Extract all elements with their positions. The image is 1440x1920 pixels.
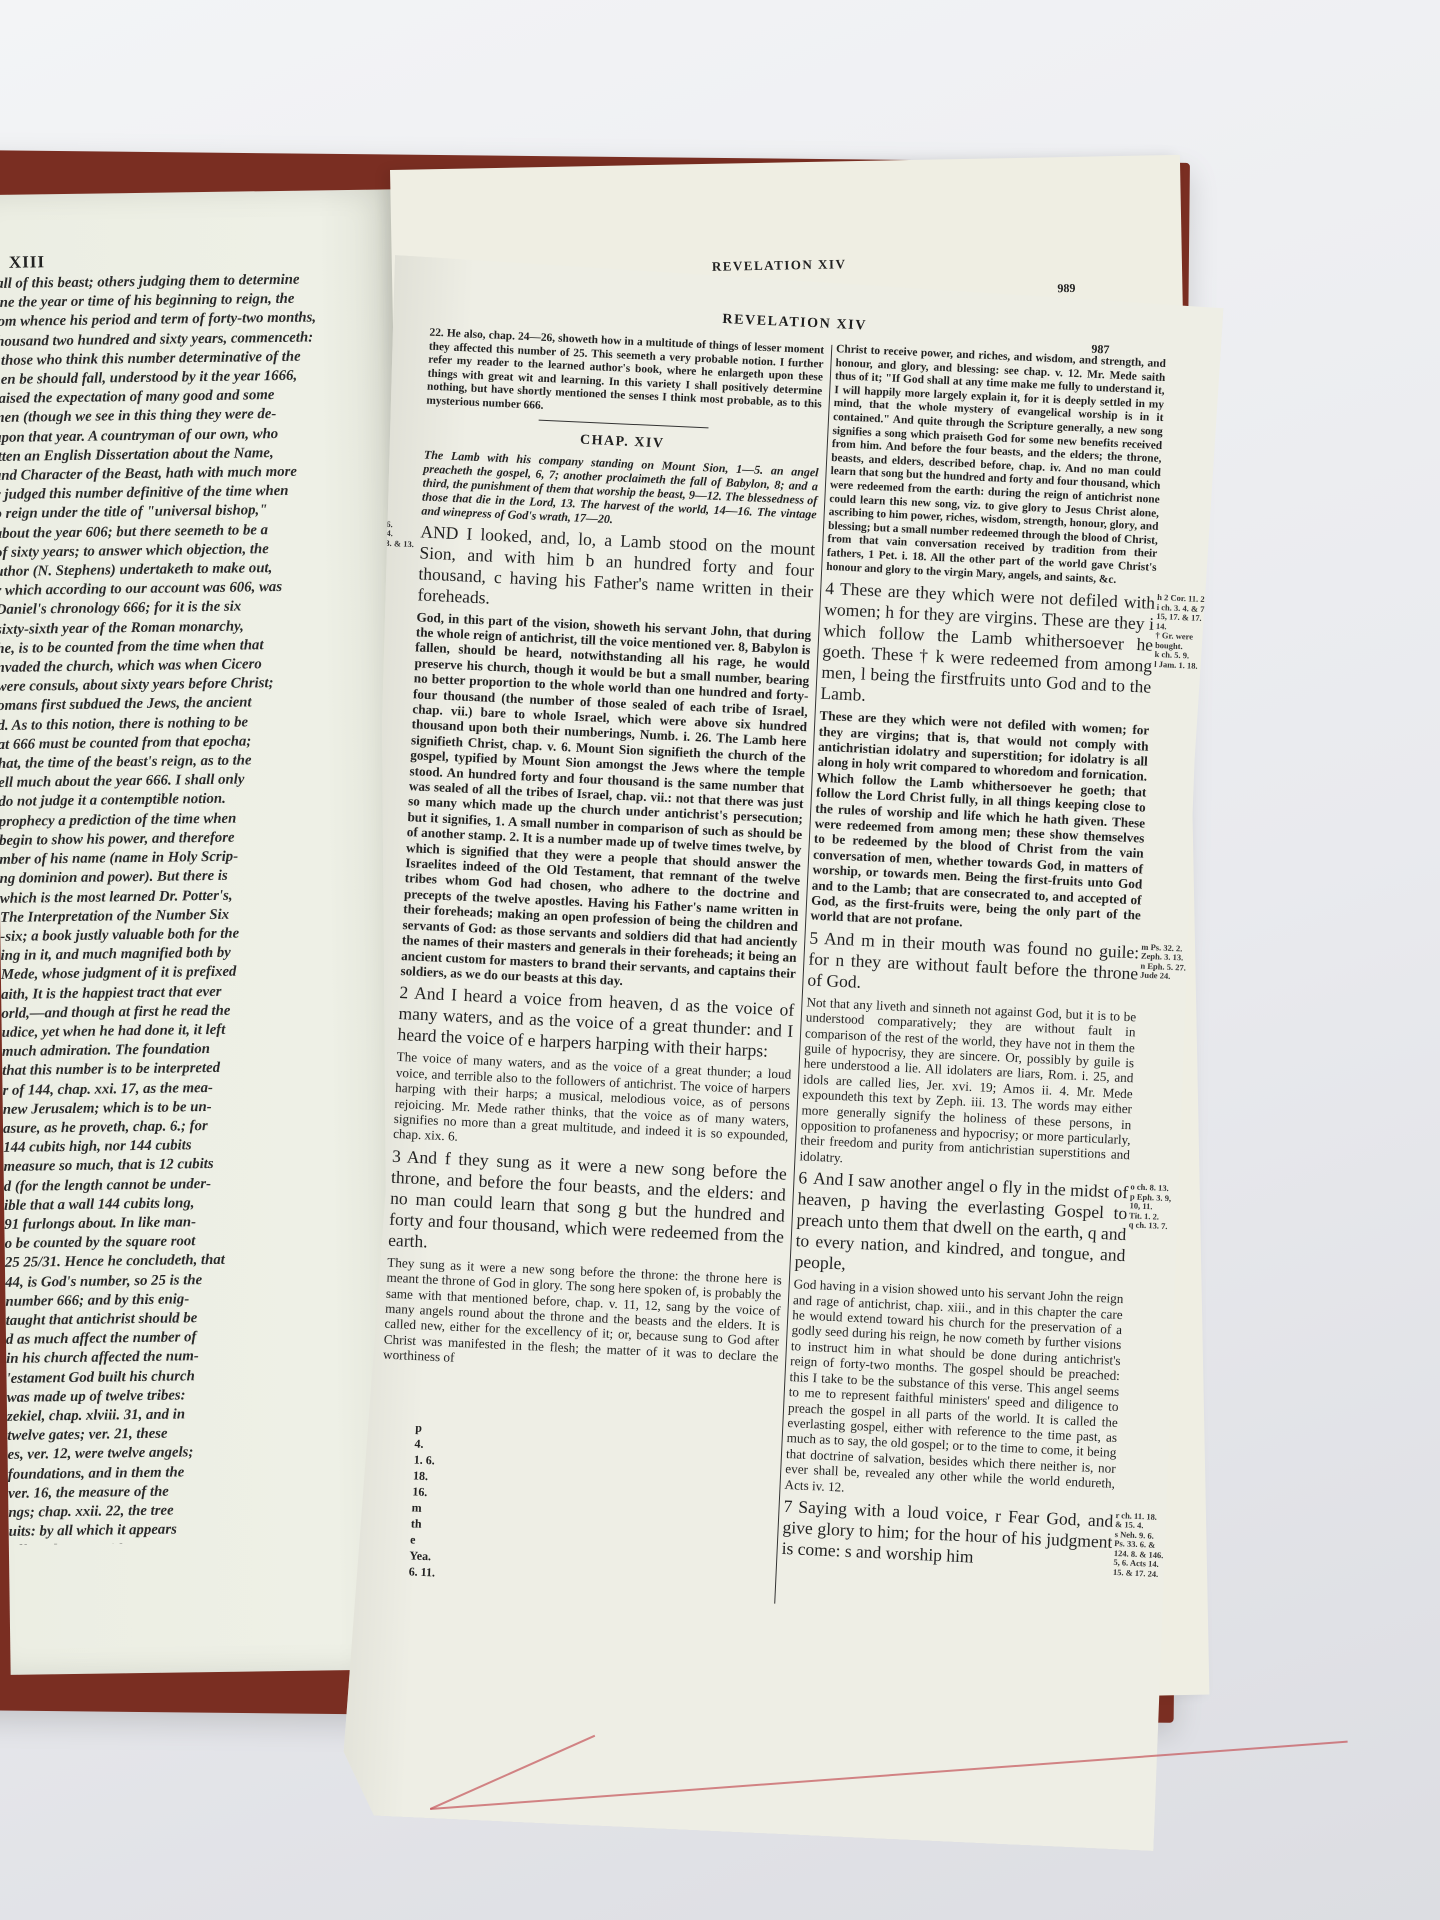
verse-6: o ch. 8. 13. p Eph. 3. 9, 10, 11. Tit. 1… — [794, 1168, 1128, 1288]
verse-7-number: 7 — [783, 1496, 793, 1516]
left-page-header: XIII — [9, 252, 45, 273]
commentary-6: God having in a vision showed unto his s… — [784, 1276, 1123, 1506]
verse-4-text: These are they which were not defiled wi… — [820, 579, 1155, 705]
verse-7-text: Saying with a loud voice, r Fear God, an… — [781, 1497, 1113, 1567]
commentary-1: God, in this part of the vision, showeth… — [400, 609, 811, 996]
verse-3-number: 3 — [392, 1146, 402, 1166]
verse-2-text: And I heard a voice from heaven, d as th… — [397, 983, 794, 1061]
verse-4-refs: h 2 Cor. 11. 2. i ch. 3. 4. & 7. 15, 17.… — [1154, 593, 1207, 671]
verse-3: 3And f they sung as it were a new song b… — [388, 1146, 787, 1269]
pasted-torn-sheet: REVELATION XIV 987 22. He also, chap. 24… — [324, 255, 1224, 1851]
chapter-rule — [538, 419, 708, 428]
chapter-summary: The Lamb with his company standing on Mo… — [421, 447, 819, 535]
verse-5-number: 5 — [809, 927, 819, 947]
underlying-page-header: REVELATION XIV — [712, 256, 847, 275]
verse-4-number: 4 — [825, 578, 835, 598]
sheet-right-column: Christ to receive power, and riches, and… — [781, 343, 1166, 1578]
left-page-text: fall of this beast; others judging them … — [0, 270, 334, 1544]
verse-5: m Ps. 32. 2. Zeph. 3. 13. n Eph. 5. 27. … — [807, 927, 1140, 1005]
left-page: XIII fall of this beast; others judging … — [0, 189, 421, 1675]
intro-note: 22. He also, chap. 24—26, showeth how in… — [426, 327, 824, 426]
verse-1-text: AND I looked, and, lo, a Lamb stood on t… — [417, 521, 815, 607]
verse-3-text: And f they sung as it were a new song be… — [388, 1146, 787, 1251]
commentary-5: Not that any liveth and sinneth not agai… — [799, 994, 1136, 1178]
verse-7-refs: r ch. 11. 18. & 15. 4. s Neh. 9. 6. Ps. … — [1113, 1511, 1166, 1580]
commentary-continued: Christ to receive power, and riches, and… — [826, 343, 1166, 589]
verse-5-text: And m in their mouth was found no guile:… — [807, 928, 1139, 992]
verse-2-number: 2 — [399, 982, 409, 1002]
sheet-header: REVELATION XIV — [722, 312, 867, 335]
verse-6-refs: o ch. 8. 13. p Eph. 3. 9, 10, 11. Tit. 1… — [1129, 1183, 1181, 1233]
verse-6-text: And I saw another angel o fly in the mid… — [794, 1168, 1128, 1274]
sheet-left-column: 22. He also, chap. 24—26, showeth how in… — [383, 327, 825, 1384]
verse-4: h 2 Cor. 11. 2. i ch. 3. 4. & 7. 15, 17.… — [820, 578, 1155, 719]
verse-5-refs: m Ps. 32. 2. Zeph. 3. 13. n Eph. 5. 27. … — [1140, 942, 1192, 982]
photo-scene: XIII fall of this beast; others judging … — [0, 0, 1440, 1920]
verse-6-number: 6 — [798, 1168, 808, 1188]
verse-7: r ch. 11. 18. & 15. 4. s Neh. 9. 6. Ps. … — [781, 1496, 1114, 1574]
commentary-2: The voice of many waters, and as the voi… — [393, 1049, 792, 1159]
verse-1: a ch. 5. 6. b ch. 7. 4. c ch. 7. 3. & 13… — [417, 521, 815, 623]
commentary-4: These are they which were not defiled wi… — [810, 708, 1149, 938]
underlying-page-number: 989 — [1057, 281, 1075, 296]
commentary-3: They sung as it were a new song before t… — [383, 1254, 782, 1380]
